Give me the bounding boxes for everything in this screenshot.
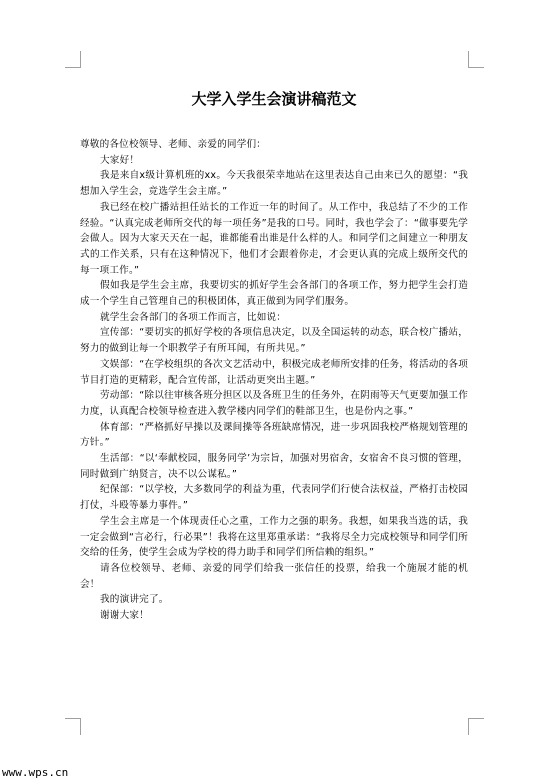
crop-mark-top-left — [65, 51, 81, 68]
paragraph: 我已经在校广播站担任站长的工作近一年的时间了。从工作中，我总结了不少的工作经验。… — [80, 200, 468, 279]
paragraph: 学生会主席是一个体现责任心之重，工作力之强的职务。我想，如果我当选的话，我一定会… — [80, 514, 468, 561]
paragraph: 体育部：“严格抓好早操以及课间操等各班缺席情况，进一步巩固我校严格规划管理的方针… — [80, 420, 468, 451]
paragraph: 请各位校领导、老师、亲爱的同学们给我一张信任的投票，给我一个施展才能的机会！ — [80, 561, 468, 592]
crop-mark-bottom-right — [468, 718, 484, 735]
paragraph: 就学生会各部门的各项工作而言，比如说： — [80, 310, 468, 326]
watermark-text: www.wps.cn — [2, 766, 68, 779]
salutation: 尊敬的各位校领导、老师、亲爱的同学们： — [80, 137, 468, 153]
paragraph: 劳动部：“除以往审核各班分担区以及各班卫生的任务外，在阴雨等天气更要加强工作力度… — [80, 388, 468, 419]
paragraph: 纪保部：“以学校，大多数同学的利益为重，代表同学们行使合法权益，严格打击校园打仗… — [80, 482, 468, 513]
document-title: 大学入学生会演讲稿范文 — [80, 88, 468, 110]
paragraph: 文娱部：“在学校组织的各次文艺活动中，积极完成老师所安排的任务，将活动的各项节目… — [80, 357, 468, 388]
document-body: 大学入学生会演讲稿范文 尊敬的各位校领导、老师、亲爱的同学们： 大家好！ 我是来… — [80, 88, 468, 624]
paragraph: 大家好！ — [80, 153, 468, 169]
paragraph: 宣传部：“要切实的抓好学校的各项信息决定，以及全国运转的动态，联合校广播站，努力… — [80, 325, 468, 356]
paragraph: 我的演讲完了。 — [80, 592, 468, 608]
paragraph: 我是来自x级计算机班的xx。今天我很荣幸地站在这里表达自己由来已久的愿望：“我想… — [80, 168, 468, 199]
paragraph: 假如我是学生会主席，我要切实的抓好学生会各部门的各项工作，努力把学生会打造成一个… — [80, 278, 468, 309]
paragraph: 谢谢大家！ — [80, 608, 468, 624]
crop-mark-top-right — [468, 51, 484, 68]
paragraph: 生活部：“以‘奉献校园，服务同学’为宗旨，加强对男宿舍，女宿舍不良习惯的管理，同… — [80, 451, 468, 482]
crop-mark-bottom-left — [65, 718, 81, 735]
